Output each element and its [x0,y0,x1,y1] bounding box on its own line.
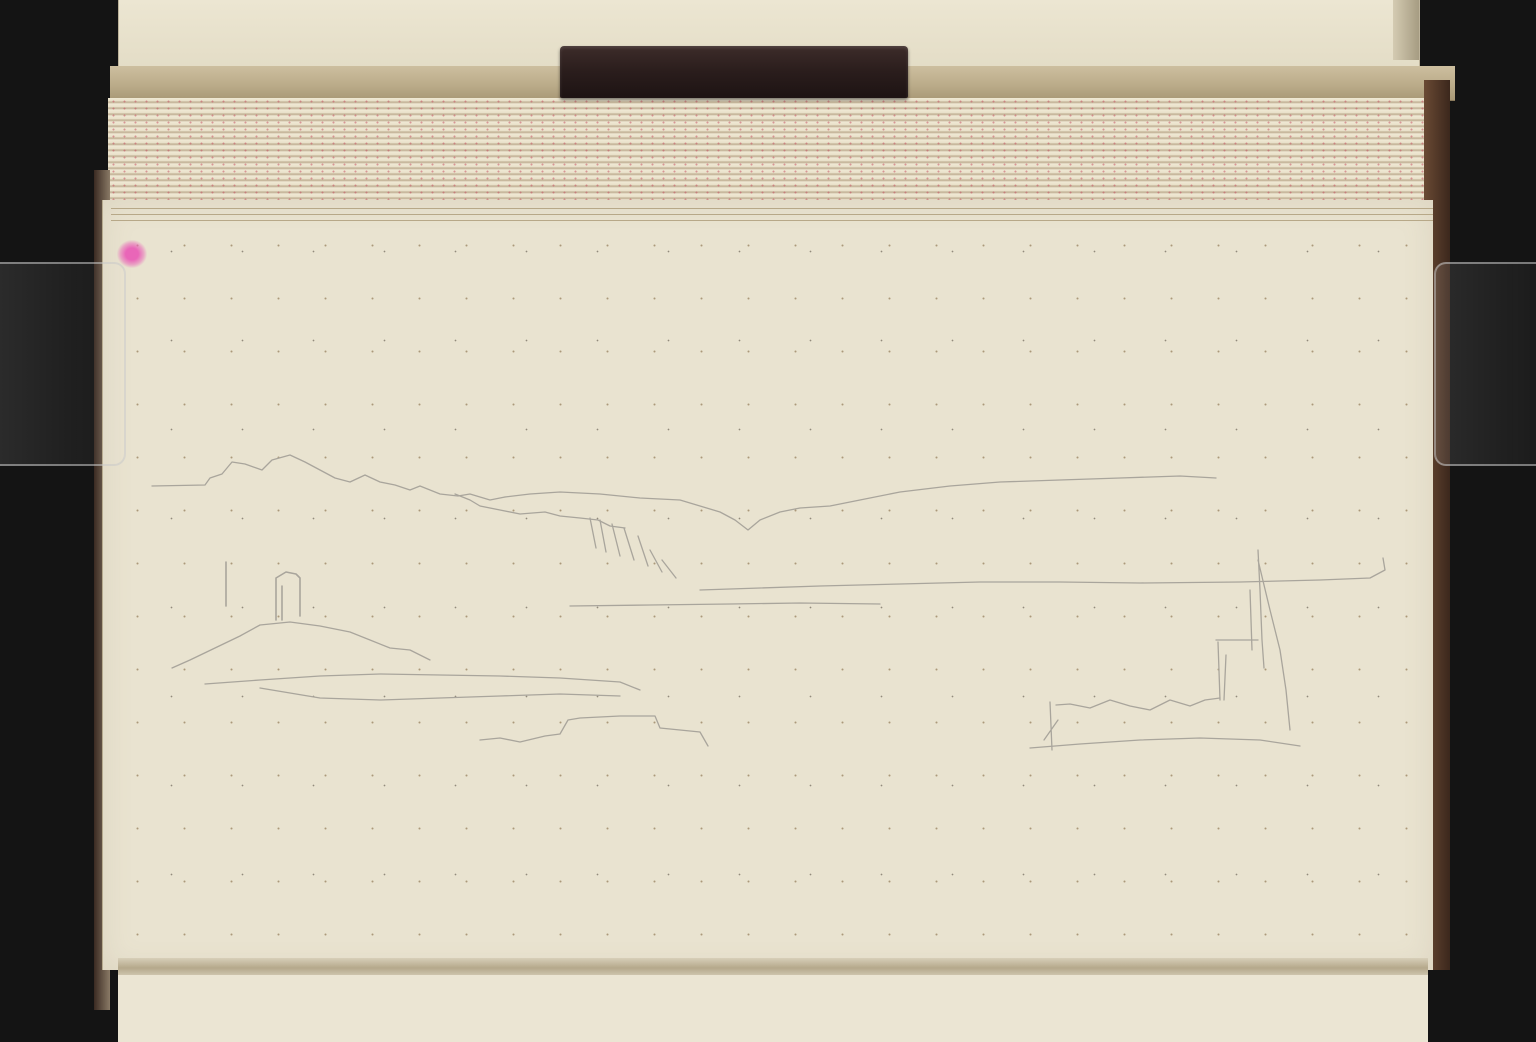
hill-line [152,455,505,500]
foreground-rocks [480,716,708,746]
rooftops [1056,698,1220,710]
plastic-clip-right [1434,262,1536,466]
pencil-sketch [0,0,1536,1042]
headland [172,622,430,668]
hill-line [455,494,625,528]
lower-facing-page [118,975,1428,1042]
tower [226,562,300,620]
sketchbook-photo: Faint graphite sketch of a coastal lands… [0,0,1536,1042]
far-shore [700,558,1385,590]
left-post [1044,702,1058,750]
hill-line [505,476,1216,530]
foreground-line [1030,738,1300,748]
water-line [570,603,880,606]
church-wall [1218,642,1226,700]
cliff-hatching [590,518,676,578]
shoreline [205,674,640,690]
plastic-clip-left [0,262,126,466]
shoreline [260,688,620,700]
